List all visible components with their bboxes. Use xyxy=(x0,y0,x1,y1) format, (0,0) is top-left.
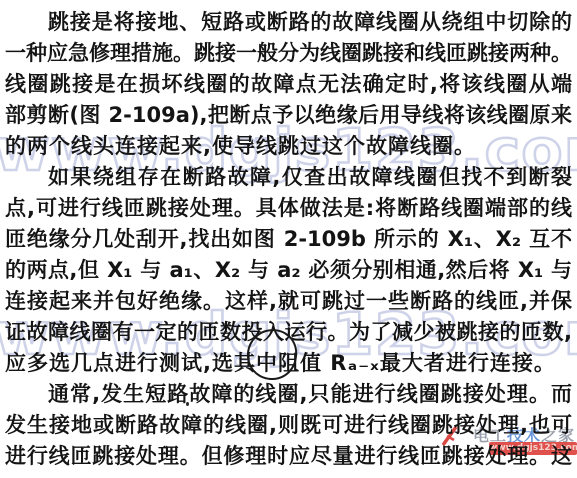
scanned-document-page: www.dgjs123.com www.dgjs123.com 跳接是将接地、短… xyxy=(0,0,577,478)
text-line: 如果绕组存在断路故障,仅查出故障线圈但找不到断裂 xyxy=(5,162,572,193)
text-line: 进行线匝跳接处理。但修理时应尽量进行线匝跳接处理。这 xyxy=(5,441,572,472)
text-line: 通常,发生短路故障的线圈,只能进行线圈跳接处理。而 xyxy=(5,379,572,410)
text-line: 连接起来并包好绝缘。这样,就可跳过一些断路的线匝,并保 xyxy=(5,286,572,317)
text-line: 发生接地或断路故障的线圈,则既可进行线圈跳接处理,也可 xyxy=(5,410,572,441)
text-line: 的两点,但 X₁ 与 a₁、X₂ 与 a₂ 必须分别相通,然后将 X₁ 与 X₂ xyxy=(5,255,572,286)
document-text: 跳接是将接地、短路或断路的故障线圈从绕组中切除的 一种应急修理措施。跳接一般分为… xyxy=(0,0,577,478)
text-line: 跳接是将接地、短路或断路的故障线圈从绕组中切除的 xyxy=(5,7,572,38)
text-line: 部剪断(图 2-109a),把断点予以绝缘后用导线将该线圈原来 xyxy=(5,100,572,131)
text-line: 线圈跳接是在损坏线圈的故障点无法确定时,将该线圈从端 xyxy=(5,69,572,100)
text-line: 点,可进行线匝跳接处理。具体做法是:将断路线圈端部的线 xyxy=(5,193,572,224)
text-line: 一种应急修理措施。跳接一般分为线圈跳接和线匝跳接两种。 xyxy=(5,38,572,69)
text-line: 匝绝缘分几处刮开,找出如图 2-109b 所示的 X₁、X₂ 互不相通 xyxy=(5,224,572,255)
text-line: 的两个线头连接起来,使导线跳过这个故障线圈。 xyxy=(5,131,572,162)
ink-speck xyxy=(186,402,189,406)
